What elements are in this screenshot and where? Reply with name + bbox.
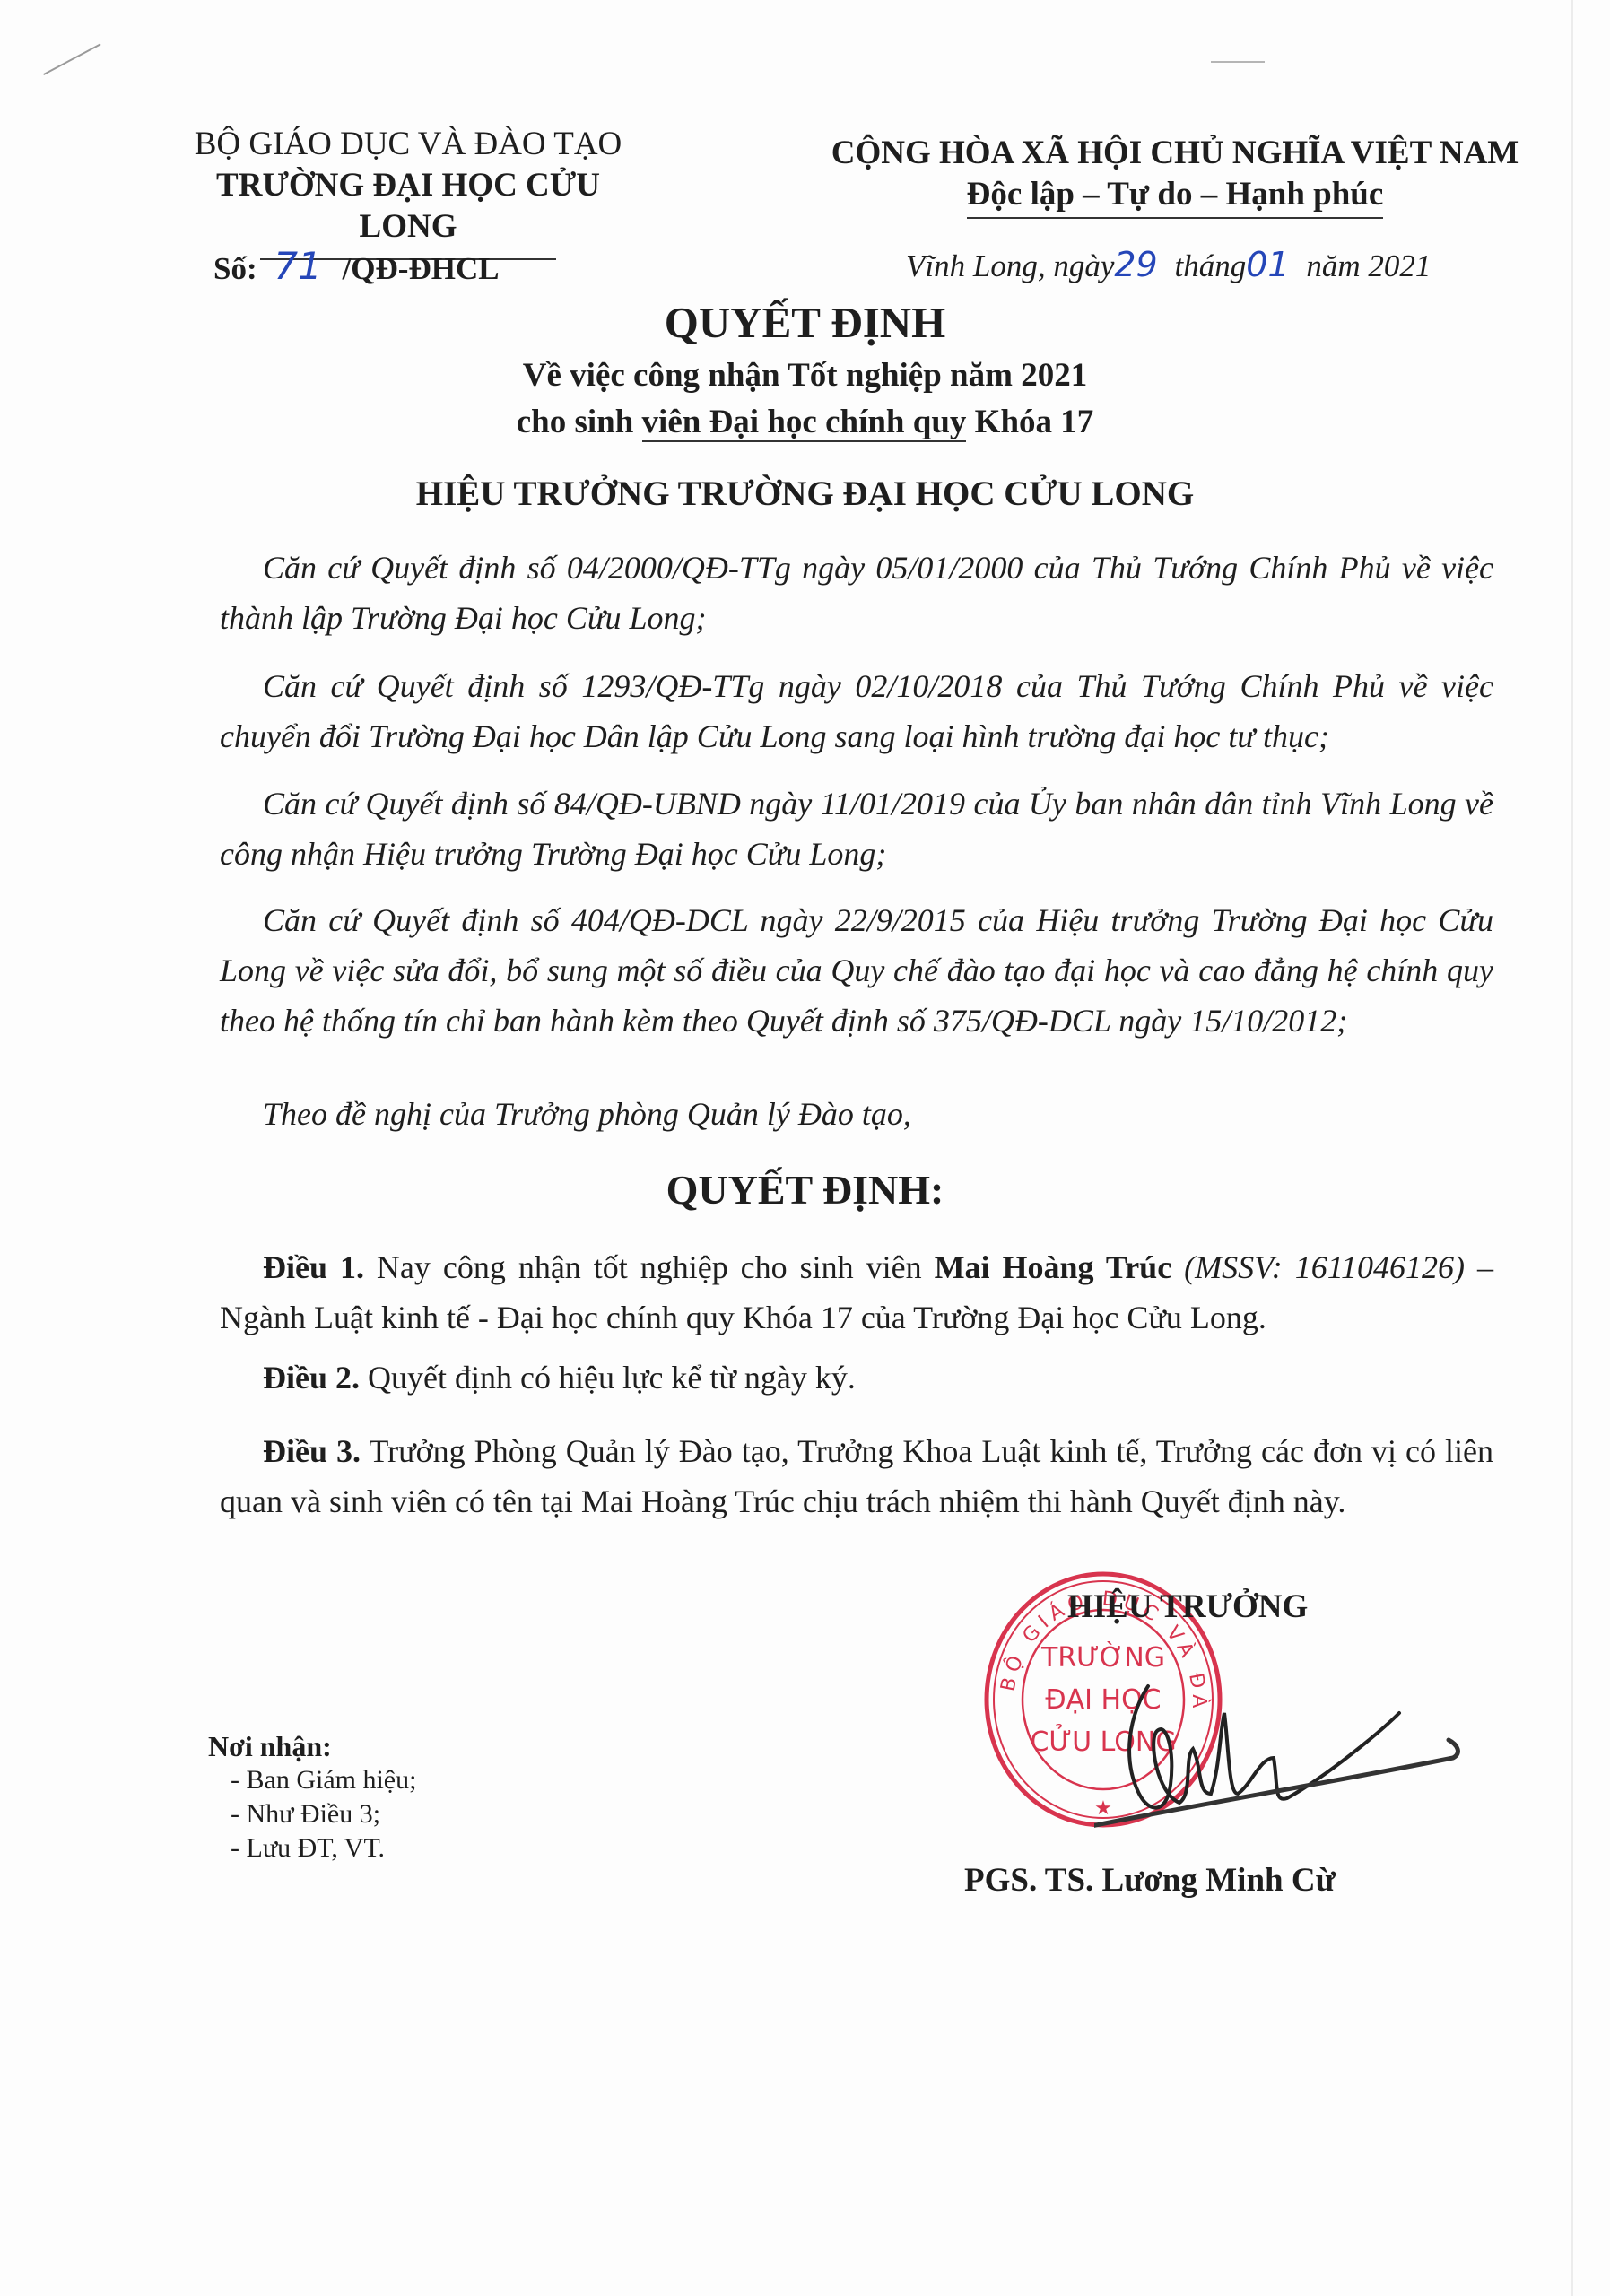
national-motto: Độc lập – Tự do – Hạnh phúc <box>967 174 1384 219</box>
authority-heading: HIỆU TRƯỞNG TRƯỜNG ĐẠI HỌC CỬU LONG <box>0 474 1610 514</box>
subtitle-underlined: viên Đại học chính quy <box>642 404 967 442</box>
date-month-label: tháng <box>1174 248 1246 283</box>
subtitle-part: cho sinh <box>517 404 642 440</box>
document-title: QUYẾT ĐỊNH <box>0 296 1610 350</box>
handwritten-signature-icon <box>1094 1659 1471 1865</box>
subtitle-line-1: Về việc công nhận Tốt nghiệp năm 2021 <box>0 352 1610 399</box>
decision-heading: QUYẾT ĐỊNH: <box>0 1166 1610 1213</box>
issue-date: Vĩnh Long, ngày29 tháng01 năm 2021 <box>906 245 1431 284</box>
staple-mark <box>43 43 102 77</box>
subtitle-part: Khóa 17 <box>966 404 1093 440</box>
recipient-item: - Lưu ĐT, VT. <box>208 1831 416 1865</box>
article-3: Điều 3. Trưởng Phòng Quản lý Đào tạo, Tr… <box>220 1426 1493 1526</box>
recipient-item: - Như Điều 3; <box>208 1797 416 1831</box>
school-name: TRƯỜNG ĐẠI HỌC CỬU LONG <box>170 165 646 248</box>
preamble-item: Căn cứ Quyết định số 404/QĐ-DCL ngày 22/… <box>220 895 1493 1046</box>
number-label: Số: <box>213 251 257 286</box>
date-prefix: Vĩnh Long, ngày <box>906 248 1114 283</box>
document-number: Số: 71 /QĐ-ĐHCL <box>213 244 500 288</box>
recipients-block: Nơi nhận: - Ban Giám hiệu; - Như Điều 3;… <box>208 1729 416 1865</box>
signatory-title: HIỆU TRƯỞNG <box>1067 1587 1308 1626</box>
handwritten-month: 01 <box>1246 245 1289 284</box>
signatory-name: PGS. TS. Lương Minh Cừ <box>964 1861 1336 1900</box>
article-text: Nay công nhận tốt nghiệp cho sinh viên <box>364 1249 935 1285</box>
preamble-item: Theo đề nghị của Trưởng phòng Quản lý Đà… <box>220 1089 1493 1139</box>
handwritten-number: 71 <box>274 244 321 288</box>
article-label: Điều 2. <box>263 1360 360 1396</box>
handwritten-day: 29 <box>1114 245 1157 284</box>
scan-mark <box>1211 61 1265 65</box>
student-id: (MSSV: 1611046126) <box>1171 1249 1465 1285</box>
country-name: CỘNG HÒA XÃ HỘI CHỦ NGHĨA VIỆT NAM <box>807 133 1543 174</box>
article-text: Quyết định có hiệu lực kể từ ngày ký. <box>360 1360 856 1396</box>
subtitle-line-2: cho sinh viên Đại học chính quy Khóa 17 <box>0 399 1610 446</box>
article-1: Điều 1. Nay công nhận tốt nghiệp cho sin… <box>220 1242 1493 1343</box>
number-suffix: /QĐ-ĐHCL <box>343 251 500 286</box>
ministry-name: BỘ GIÁO DỤC VÀ ĐÀO TẠO <box>170 124 646 165</box>
preamble-item: Căn cứ Quyết định số 1293/QĐ-TTg ngày 02… <box>220 661 1493 761</box>
article-text: Trưởng Phòng Quản lý Đào tạo, Trưởng Kho… <box>220 1433 1493 1519</box>
student-name: Mai Hoàng Trúc <box>935 1249 1172 1285</box>
article-2: Điều 2. Quyết định có hiệu lực kể từ ngà… <box>220 1352 1493 1403</box>
national-header: CỘNG HÒA XÃ HỘI CHỦ NGHĨA VIỆT NAM Độc l… <box>807 133 1543 219</box>
article-label: Điều 1. <box>263 1249 364 1285</box>
issuer-block: BỘ GIÁO DỤC VÀ ĐÀO TẠO TRƯỜNG ĐẠI HỌC CỬ… <box>170 124 646 260</box>
article-label: Điều 3. <box>263 1433 361 1469</box>
recipients-heading: Nơi nhận: <box>208 1729 416 1763</box>
recipient-item: - Ban Giám hiệu; <box>208 1763 416 1797</box>
preamble-item: Căn cứ Quyết định số 84/QĐ-UBND ngày 11/… <box>220 778 1493 879</box>
preamble-item: Căn cứ Quyết định số 04/2000/QĐ-TTg ngày… <box>220 543 1493 643</box>
date-year: năm 2021 <box>1306 248 1431 283</box>
document-subtitle: Về việc công nhận Tốt nghiệp năm 2021 ch… <box>0 352 1610 446</box>
